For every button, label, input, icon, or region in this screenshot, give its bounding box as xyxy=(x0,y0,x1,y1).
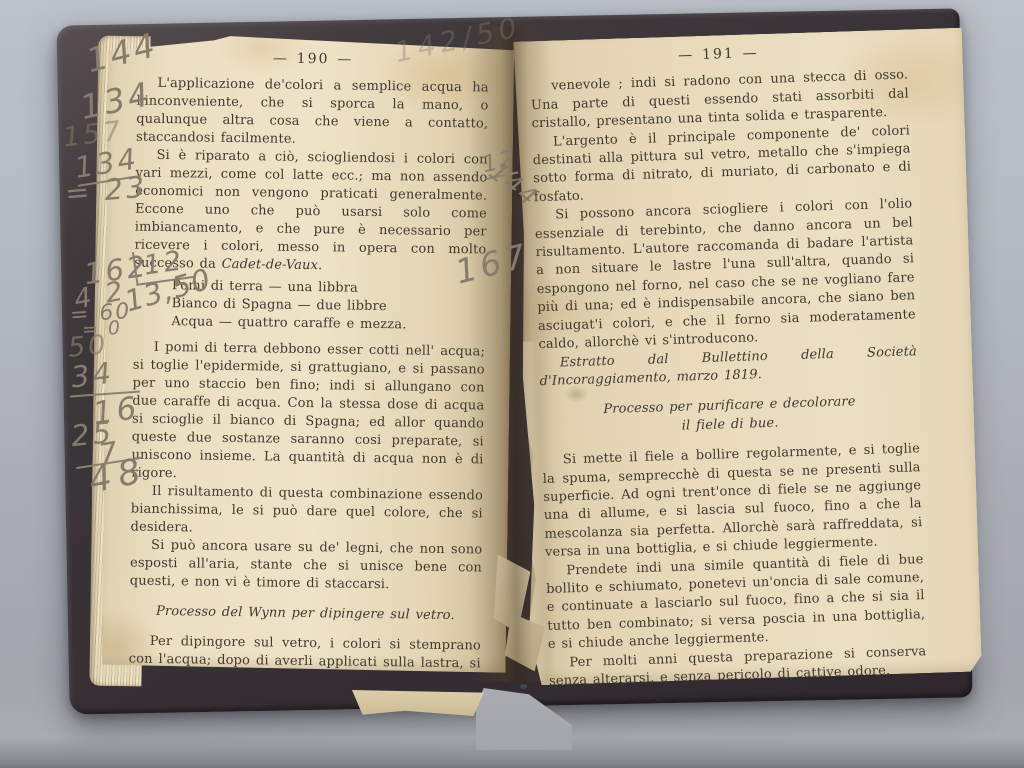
right-page-text: — 191 — venevole ; indi si radono con un… xyxy=(529,37,927,691)
left-page-number: — 190 — xyxy=(137,48,489,71)
left-page-text: — 190 — L'applicazione de'colori a sempl… xyxy=(128,46,489,728)
right-paragraph-5: Prendete indi una simile quantità di fie… xyxy=(545,551,926,655)
left-paragraph-4: Il risultamento di questa combinazione e… xyxy=(130,483,483,542)
right-paragraph-4: Si mette il fiele a bollire regolarmente… xyxy=(542,440,923,562)
recipe-line-3: Acqua — quattro caraffe e mezza. xyxy=(171,313,485,335)
photo-scene: — 190 — L'applicazione de'colori a sempl… xyxy=(0,0,1024,768)
right-page-number: — 191 — xyxy=(529,39,907,69)
right-paragraph-3: Si possono ancora sciogliere i colori co… xyxy=(534,196,916,355)
right-paragraph-2: L'argento è il principale componente de'… xyxy=(532,122,912,207)
left-page: — 190 — L'applicazione de'colori a sempl… xyxy=(100,33,515,673)
recipe-list: Pomi di terra — una libbra Bianco di Spa… xyxy=(171,277,486,335)
left-paragraph-1: L'applicazione de'colori a semplice acqu… xyxy=(136,75,489,152)
ink-speck xyxy=(520,684,527,689)
left-paragraph-2-text: Si è riparato a ciò, sciogliendosi i col… xyxy=(134,148,488,272)
left-paragraph-3: I pomi di terra debbono esser cotti nell… xyxy=(131,339,485,488)
left-paragraph-2: Si è riparato a ciò, sciogliendosi i col… xyxy=(134,147,488,278)
left-paragraph-5: Si può ancora usare su de' legni, che no… xyxy=(130,537,483,596)
cadet-de-vaux-name: Cadet-de-Vaux. xyxy=(222,257,323,273)
section-heading-fiele: Processo per purificare e decolorare il … xyxy=(548,392,911,440)
section-heading-wynn: Processo del Wynn per dipingere sul vetr… xyxy=(137,603,473,626)
torn-page-fragment xyxy=(352,690,484,716)
right-page: — 191 — venevole ; indi si radono con un… xyxy=(506,28,982,686)
